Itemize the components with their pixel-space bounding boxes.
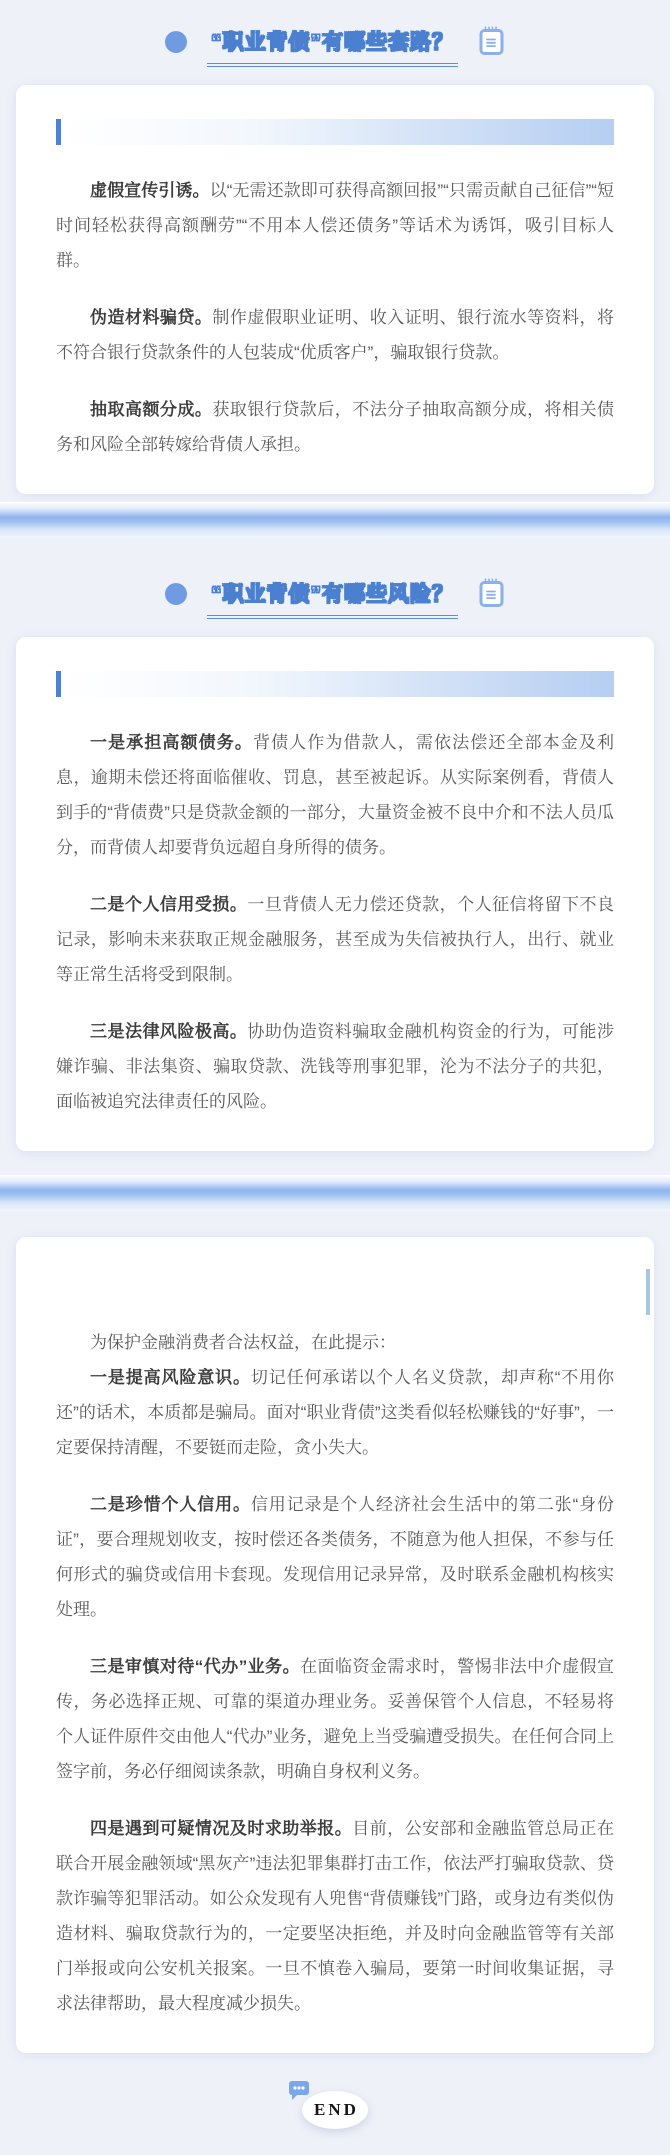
section-heading-1: “职业背债”有哪些套路？ bbox=[0, 26, 670, 67]
paragraph: 一是提高风险意识。切记任何承诺以个人名义贷款，却声称“不用你还”的话术，本质都是… bbox=[56, 1360, 614, 1465]
paragraph: 二是个人信用受损。一旦背债人无力偿还贷款，个人征信将留下不良记录，影响未来获取正… bbox=[56, 887, 614, 992]
content-card-tishi: 为保护金融消费者合法权益，在此提示： 一是提高风险意识。切记任何承诺以个人名义贷… bbox=[16, 1237, 654, 2053]
paragraph: 伪造材料骗贷。制作虚假职业证明、收入证明、银行流水等资料，将不符合银行贷款条件的… bbox=[56, 300, 614, 370]
paragraph-lead: 伪造材料骗贷。 bbox=[90, 308, 212, 327]
bullet-circle-icon bbox=[165, 583, 187, 605]
paragraph-lead: 二是个人信用受损。 bbox=[90, 895, 247, 914]
paragraph-lead: 虚假宣传引诱。 bbox=[90, 181, 210, 200]
paragraph-lead: 抽取高额分成。 bbox=[90, 400, 212, 419]
article-page: “职业背债”有哪些套路？ 虚假宣传引诱。以“无需还款即可获得高额回报”“只需贡献… bbox=[0, 0, 670, 2155]
section-title-underline: “职业背债”有哪些风险？ bbox=[207, 578, 458, 619]
paragraph-lead: 二是珍惜个人信用。 bbox=[90, 1495, 251, 1514]
paragraph: 三是审慎对待“代办”业务。在面临资金需求时，警惕非法中介虚假宣传，务必选择正规、… bbox=[56, 1649, 614, 1789]
section-title-underline: “职业背债”有哪些套路？ bbox=[207, 26, 458, 67]
section-1-title: “职业背债”有哪些套路？ bbox=[211, 31, 454, 54]
tips-intro: 为保护金融消费者合法权益，在此提示： bbox=[56, 1325, 614, 1360]
paragraph: 虚假宣传引诱。以“无需还款即可获得高额回报”“只需贡献自己征信”“短时间轻松获得… bbox=[56, 173, 614, 278]
section-2-title: “职业背债”有哪些风险？ bbox=[211, 583, 454, 606]
end-badge: END bbox=[302, 2091, 368, 2129]
card-accent-bar bbox=[56, 119, 614, 145]
section-heading-2: “职业背债”有哪些风险？ bbox=[0, 578, 670, 619]
paragraph: 四是遇到可疑情况及时求助举报。目前，公安部和金融监管总局正在联合开展金融领域“黑… bbox=[56, 1811, 614, 2021]
paragraph-lead: 四是遇到可疑情况及时求助举报。 bbox=[90, 1819, 352, 1838]
paragraph-body: 目前，公安部和金融监管总局正在联合开展金融领域“黑灰产”违法犯罪集群打击工作，依… bbox=[56, 1819, 614, 2013]
content-card-taolu: 虚假宣传引诱。以“无需还款即可获得高额回报”“只需贡献自己征信”“短时间轻松获得… bbox=[16, 85, 654, 494]
paragraph: 一是承担高额债务。背债人作为借款人，需依法偿还全部本金及利息，逾期未偿还将面临催… bbox=[56, 725, 614, 865]
notepad-icon bbox=[478, 26, 505, 55]
section-divider bbox=[0, 1175, 670, 1211]
paragraph: 三是法律风险极高。协助伪造资料骗取金融机构资金的行为，可能涉嫌诈骗、非法集资、骗… bbox=[56, 1014, 614, 1119]
section-divider bbox=[0, 502, 670, 538]
card-accent-bar-right bbox=[56, 1269, 650, 1315]
paragraph-lead: 一是承担高额债务。 bbox=[90, 733, 253, 752]
paragraph: 抽取高额分成。获取银行贷款后，不法分子抽取高额分成，将相关债务和风险全部转嫁给背… bbox=[56, 392, 614, 462]
card-accent-bar bbox=[56, 671, 614, 697]
notepad-icon bbox=[478, 578, 505, 607]
paragraph-lead: 一是提高风险意识。 bbox=[90, 1368, 251, 1387]
paragraph-lead: 三是审慎对待“代办”业务。 bbox=[90, 1657, 300, 1676]
paragraph: 二是珍惜个人信用。信用记录是个人经济社会生活中的第二张“身份证”，要合理规划收支… bbox=[56, 1487, 614, 1627]
paragraph-lead: 三是法律风险极高。 bbox=[90, 1022, 247, 1041]
bullet-circle-icon bbox=[165, 31, 187, 53]
article-footer: END bbox=[0, 2091, 670, 2129]
content-card-fengxian: 一是承担高额债务。背债人作为借款人，需依法偿还全部本金及利息，逾期未偿还将面临催… bbox=[16, 637, 654, 1151]
